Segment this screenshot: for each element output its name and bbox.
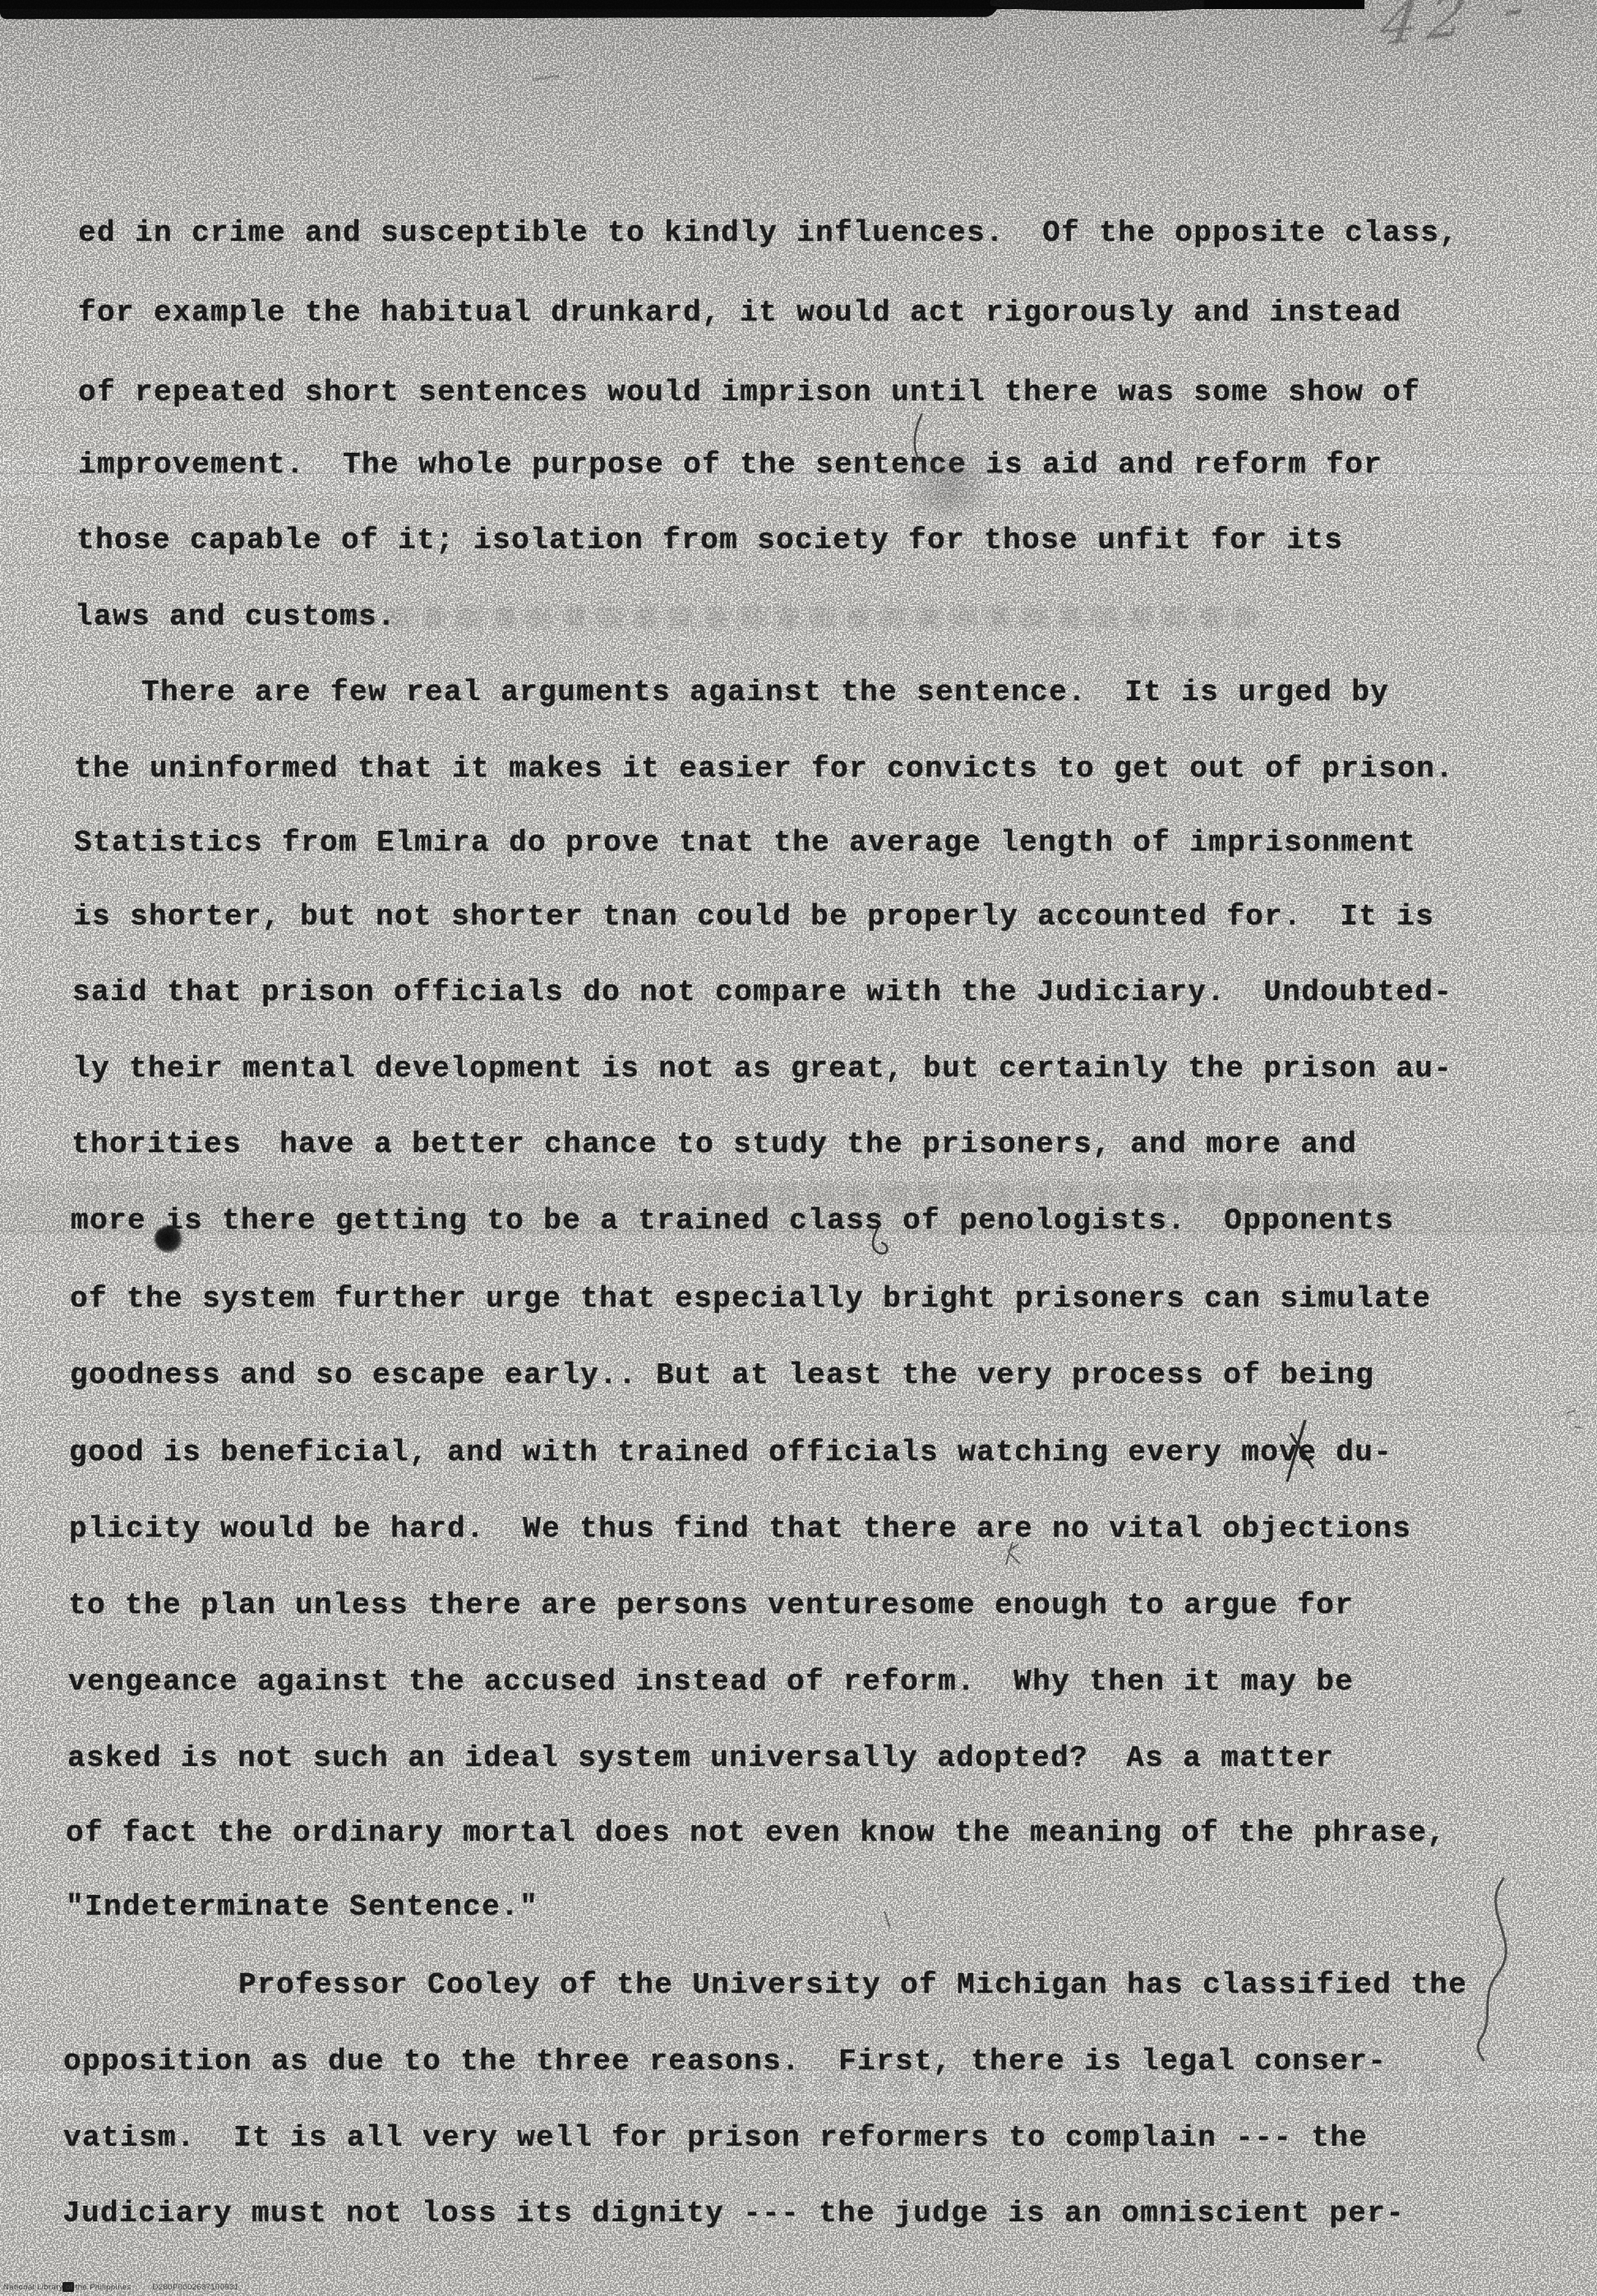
text-line: vengeance against the accused instead of… <box>68 1665 1354 1699</box>
text-line: ed in crime and susceptible to kindly in… <box>78 216 1458 251</box>
text-line: laws and customs. <box>75 600 396 634</box>
hair-artifact <box>1478 1878 1506 2061</box>
footer-library-label: National Library of the Philippines <box>3 2283 132 2293</box>
text-line: more is there getting to be a trained cl… <box>71 1204 1394 1238</box>
stray-dash-mark <box>533 76 559 80</box>
footer: National Library of the Philippines D280… <box>3 2283 238 2293</box>
text-line: for example the habitual drunkard, it wo… <box>78 296 1401 330</box>
text-line: said that prison officials do not compar… <box>72 975 1452 1010</box>
text-line: good is beneficial, and with trained off… <box>69 1436 1392 1470</box>
text-line: vatism. It is all very well for prison r… <box>63 2121 1368 2155</box>
text-line: "Indeterminate Sentence." <box>66 1890 538 1925</box>
scan-line <box>0 1414 1597 1416</box>
text-line: the uninformed that it makes it easier f… <box>74 752 1454 786</box>
handwritten-page-number: 42 - <box>1377 0 1539 54</box>
scan-line <box>0 564 1597 565</box>
text-line: goodness and so escape early.. But at le… <box>70 1358 1374 1393</box>
scanned-typewritten-page: 42 - ed in crime and susceptible to kind… <box>0 0 1597 2296</box>
text-line: those capable of it; isolation from soci… <box>76 523 1343 558</box>
stray-tick-mark <box>884 1911 890 1929</box>
text-line: is shorter, but not shorter tnan could b… <box>73 900 1434 934</box>
text-line: of repeated short sentences would impris… <box>78 376 1420 410</box>
text-line: plicity would be hard. We thus find that… <box>69 1512 1411 1547</box>
bleed-through-text <box>707 1184 1397 1206</box>
ink-blot <box>155 1226 182 1252</box>
text-line: of the system further urge that especial… <box>70 1282 1431 1316</box>
footer-code: D280P0002637100931 <box>153 2283 239 2293</box>
scan-top-edge <box>990 0 1204 12</box>
text-line: Judiciary must not loss its dignity --- … <box>62 2197 1405 2231</box>
text-line: thorities have a better chance to study … <box>72 1127 1357 1162</box>
scan-smudge <box>904 450 995 514</box>
edge-speck <box>1567 1410 1582 1428</box>
bleed-through-text <box>353 606 1258 628</box>
text-line: of fact the ordinary mortal does not eve… <box>66 1816 1446 1851</box>
text-line: Professor Cooley of the University of Mi… <box>238 1968 1467 2003</box>
text-line: asked is not such an ideal system univer… <box>67 1741 1334 1776</box>
text-line: ly their mental development is not as gr… <box>72 1052 1452 1086</box>
text-line: improvement. The whole purpose of the se… <box>78 448 1382 482</box>
text-line: Statistics from Elmira do prove tnat the… <box>74 826 1416 860</box>
bleed-through-text <box>78 2072 1475 2094</box>
text-line: to the plan unless there are persons ven… <box>68 1588 1354 1623</box>
text-line: There are few real arguments against the… <box>141 675 1389 710</box>
